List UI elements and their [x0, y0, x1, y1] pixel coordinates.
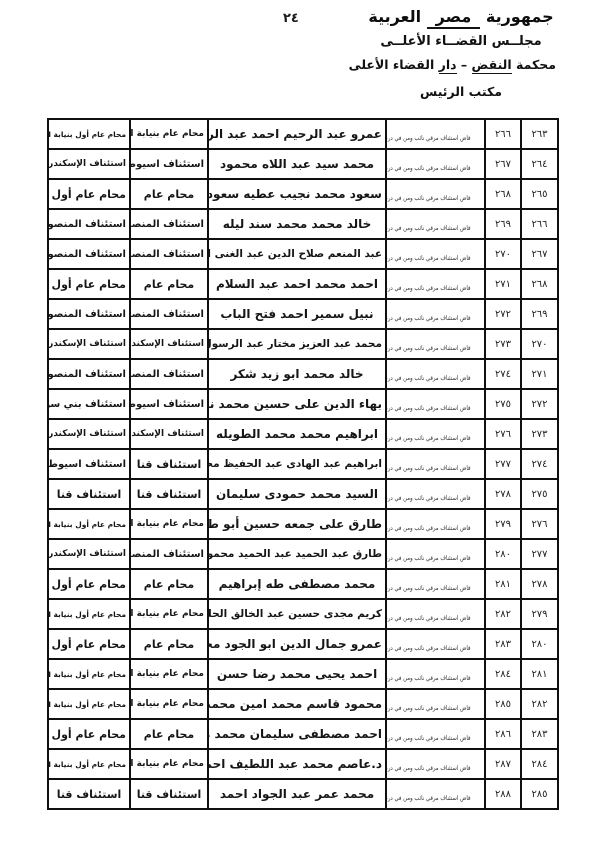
table-row: ٢٦٨ ٢٧١ قاض استئناف مرقي نائب ومن في درج…: [48, 269, 558, 299]
cell-seniority-number: ٢٨٣: [485, 629, 521, 659]
cell-grade-note: قاض استئناف مرقي نائب ومن في درجاتهم: [386, 149, 485, 179]
cell-judge-name: ابراهيم عبد الهادى عبد الحفيظ محمد: [208, 449, 386, 479]
court-title-dash: –: [457, 57, 472, 72]
grade-note-text: قاض استئناف مرقي نائب ومن في درجاتهم: [386, 704, 471, 712]
table-row: ٢٨٢ ٢٨٥ قاض استئناف مرقي نائب ومن في درج…: [48, 689, 558, 719]
state-name-logo: جمهورية مصر العربية: [366, 6, 556, 28]
cell-promoted-position: محام عام أول بنيابة النقض: [48, 599, 130, 629]
cell-seniority-number: ٢٨٥: [485, 689, 521, 719]
cell-seniority-number: ٢٨١: [485, 569, 521, 599]
table-row: ٢٨٥ ٢٨٨ قاض استئناف مرقي نائب ومن في درج…: [48, 779, 558, 809]
cell-grade-note: قاض استئناف مرقي نائب ومن في درجاتهم: [386, 299, 485, 329]
cell-promoted-position: محام عام أول: [48, 179, 130, 209]
table-row: ٢٦٤ ٢٦٧ قاض استئناف مرقي نائب ومن في درج…: [48, 149, 558, 179]
cell-serial-number: ٢٧٢: [521, 389, 558, 419]
cell-current-position: استئناف اسيوط: [130, 149, 208, 179]
cell-seniority-number: ٢٨٠: [485, 539, 521, 569]
cell-grade-note: قاض استئناف مرقي نائب ومن في درجاتهم: [386, 449, 485, 479]
cell-judge-name: محمد سيد عبد اللاه محمود: [208, 149, 386, 179]
cell-grade-note: قاض استئناف مرقي نائب ومن في درجاتهم: [386, 749, 485, 779]
cell-serial-number: ٢٨٠: [521, 629, 558, 659]
cell-current-position: محام عام بنيابة النقض: [130, 509, 208, 539]
cell-serial-number: ٢٨٤: [521, 749, 558, 779]
cell-promoted-position: استئناف الإسكندرية: [48, 149, 130, 179]
cell-judge-name: عمرو جمال الدين ابو الجود محمد: [208, 629, 386, 659]
cell-current-position: محام عام بنيابة النقض: [130, 749, 208, 779]
cell-grade-note: قاض استئناف مرقي نائب ومن في درجاتهم: [386, 119, 485, 149]
cell-promoted-position: استئناف اسيوط: [48, 449, 130, 479]
cell-serial-number: ٢٧٥: [521, 479, 558, 509]
state-name-underlined-part: مصر: [427, 7, 481, 29]
table-row: ٢٧٠ ٢٧٣ قاض استئناف مرقي نائب ومن في درج…: [48, 329, 558, 359]
cell-serial-number: ٢٧٦: [521, 509, 558, 539]
cell-grade-note: قاض استئناف مرقي نائب ومن في درجاتهم: [386, 389, 485, 419]
cell-promoted-position: محام عام أول: [48, 629, 130, 659]
table-row: ٢٧٨ ٢٨١ قاض استئناف مرقي نائب ومن في درج…: [48, 569, 558, 599]
table-row: ٢٨٤ ٢٨٧ قاض استئناف مرقي نائب ومن في درج…: [48, 749, 558, 779]
cell-seniority-number: ٢٨٨: [485, 779, 521, 809]
table-row: ٢٧٢ ٢٧٥ قاض استئناف مرقي نائب ومن في درج…: [48, 389, 558, 419]
table-row: ٢٧٩ ٢٨٢ قاض استئناف مرقي نائب ومن في درج…: [48, 599, 558, 629]
cell-current-position: استئناف المنصورة: [130, 539, 208, 569]
grade-note-text: قاض استئناف مرقي نائب ومن في درجاتهم: [386, 794, 471, 802]
table-row: ٢٨٣ ٢٨٦ قاض استئناف مرقي نائب ومن في درج…: [48, 719, 558, 749]
cell-seniority-number: ٢٧٨: [485, 479, 521, 509]
cell-current-position: محام عام بنيابة النقض: [130, 599, 208, 629]
cell-serial-number: ٢٦٥: [521, 179, 558, 209]
document-header: جمهورية مصر العربية مجلــس القضــاء الأع…: [366, 6, 556, 99]
table-row: ٢٧٦ ٢٧٩ قاض استئناف مرقي نائب ومن في درج…: [48, 509, 558, 539]
cell-current-position: استئناف قنا: [130, 479, 208, 509]
cell-current-position: محام عام بنيابة النقض: [130, 659, 208, 689]
cell-current-position: استئناف قنا: [130, 779, 208, 809]
cell-judge-name: محمد عمر عبد الجواد احمد: [208, 779, 386, 809]
cell-grade-note: قاض استئناف مرقي نائب ومن في درجاتهم: [386, 539, 485, 569]
grade-note-text: قاض استئناف مرقي نائب ومن في درجاتهم: [386, 344, 471, 352]
cell-promoted-position: محام عام أول بنيابة النقض: [48, 659, 130, 689]
grade-note-text: قاض استئناف مرقي نائب ومن في درجاتهم: [386, 494, 471, 502]
cell-judge-name: عمرو عبد الرحيم احمد عبد الرحيم: [208, 119, 386, 149]
cell-serial-number: ٢٨٢: [521, 689, 558, 719]
grade-note-text: قاض استئناف مرقي نائب ومن في درجاتهم: [386, 524, 471, 532]
cell-grade-note: قاض استئناف مرقي نائب ومن في درجاتهم: [386, 239, 485, 269]
cell-seniority-number: ٢٧٣: [485, 329, 521, 359]
grade-note-text: قاض استئناف مرقي نائب ومن في درجاتهم: [386, 374, 471, 382]
cell-grade-note: قاض استئناف مرقي نائب ومن في درجاتهم: [386, 419, 485, 449]
cell-serial-number: ٢٦٧: [521, 239, 558, 269]
cell-judge-name: عبد المنعم صلاح الدين عبد الغنى احمد: [208, 239, 386, 269]
cell-grade-note: قاض استئناف مرقي نائب ومن في درجاتهم: [386, 359, 485, 389]
cell-judge-name: احمد مصطفى سليمان محمد مسلم: [208, 719, 386, 749]
cell-seniority-number: ٢٨٧: [485, 749, 521, 779]
cell-serial-number: ٢٦٩: [521, 299, 558, 329]
cell-current-position: استئناف المنصورة: [130, 239, 208, 269]
cell-current-position: محام عام: [130, 569, 208, 599]
table-row: ٢٦٥ ٢٦٨ قاض استئناف مرقي نائب ومن في درج…: [48, 179, 558, 209]
cell-current-position: محام عام: [130, 179, 208, 209]
cell-current-position: محام عام: [130, 719, 208, 749]
grade-note-text: قاض استئناف مرقي نائب ومن في درجاتهم: [386, 614, 471, 622]
cell-current-position: محام عام: [130, 629, 208, 659]
cell-promoted-position: استئناف الإسكندرية: [48, 329, 130, 359]
cell-current-position: محام عام بنيابة النقض: [130, 689, 208, 719]
table-row: ٢٧٣ ٢٧٦ قاض استئناف مرقي نائب ومن في درج…: [48, 419, 558, 449]
table-row: ٢٨١ ٢٨٤ قاض استئناف مرقي نائب ومن في درج…: [48, 659, 558, 689]
cell-seniority-number: ٢٧٦: [485, 419, 521, 449]
cell-seniority-number: ٢٨٢: [485, 599, 521, 629]
cell-seniority-number: ٢٨٤: [485, 659, 521, 689]
grade-note-text: قاض استئناف مرقي نائب ومن في درجاتهم: [386, 224, 471, 232]
cell-judge-name: طارق على جمعه حسين أبو طالب: [208, 509, 386, 539]
cell-serial-number: ٢٦٦: [521, 209, 558, 239]
cell-seniority-number: ٢٧٥: [485, 389, 521, 419]
cell-serial-number: ٢٧٨: [521, 569, 558, 599]
grade-note-text: قاض استئناف مرقي نائب ومن في درجاتهم: [386, 674, 471, 682]
table-row: ٢٧٧ ٢٨٠ قاض استئناف مرقي نائب ومن في درج…: [48, 539, 558, 569]
scanned-document-page: ٢٤ جمهورية مصر العربية مجلــس القضــاء ا…: [0, 0, 595, 842]
cell-judge-name: بهاء الدين على حسين محمد نصر: [208, 389, 386, 419]
cell-judge-name: محمد مصطفى طه إبراهيم: [208, 569, 386, 599]
cell-promoted-position: استئناف المنصورة: [48, 299, 130, 329]
cell-serial-number: ٢٦٤: [521, 149, 558, 179]
cell-seniority-number: ٢٧٢: [485, 299, 521, 329]
cell-judge-name: ابراهيم محمد محمد الطويله: [208, 419, 386, 449]
cell-serial-number: ٢٨٣: [521, 719, 558, 749]
cell-seniority-number: ٢٦٦: [485, 119, 521, 149]
grade-note-text: قاض استئناف مرقي نائب ومن في درجاتهم: [386, 644, 471, 652]
cell-serial-number: ٢٧٩: [521, 599, 558, 629]
cell-current-position: استئناف المنصورة: [130, 209, 208, 239]
grade-note-text: قاض استئناف مرقي نائب ومن في درجاتهم: [386, 464, 471, 472]
grade-note-text: قاض استئناف مرقي نائب ومن في درجاتهم: [386, 164, 471, 172]
cell-judge-name: كريم مجدى حسين عبد الخالق الحلوانى: [208, 599, 386, 629]
cell-grade-note: قاض استئناف مرقي نائب ومن في درجاتهم: [386, 689, 485, 719]
cell-promoted-position: محام عام أول: [48, 569, 130, 599]
cell-serial-number: ٢٧٤: [521, 449, 558, 479]
cell-serial-number: ٢٨٥: [521, 779, 558, 809]
cell-judge-name: السيد محمد حمودى سليمان: [208, 479, 386, 509]
cell-serial-number: ٢٧١: [521, 359, 558, 389]
cell-serial-number: ٢٦٣: [521, 119, 558, 149]
table-row: ٢٦٦ ٢٦٩ قاض استئناف مرقي نائب ومن في درج…: [48, 209, 558, 239]
cell-promoted-position: استئناف المنصورة: [48, 239, 130, 269]
court-title-part: محكمة: [512, 57, 556, 72]
cell-grade-note: قاض استئناف مرقي نائب ومن في درجاتهم: [386, 599, 485, 629]
cell-current-position: استئناف قنا: [130, 449, 208, 479]
cell-seniority-number: ٢٧١: [485, 269, 521, 299]
cell-judge-name: محمود قاسم محمد امين محمد السيد: [208, 689, 386, 719]
grade-note-text: قاض استئناف مرقي نائب ومن في درجاتهم: [386, 194, 471, 202]
table-row: ٢٦٩ ٢٧٢ قاض استئناف مرقي نائب ومن في درج…: [48, 299, 558, 329]
cell-current-position: استئناف المنصورة: [130, 299, 208, 329]
cell-judge-name: د.عاصم محمد عبد اللطيف احمد: [208, 749, 386, 779]
cell-serial-number: ٢٨١: [521, 659, 558, 689]
cell-serial-number: ٢٧٠: [521, 329, 558, 359]
table-row: ٢٨٠ ٢٨٣ قاض استئناف مرقي نائب ومن في درج…: [48, 629, 558, 659]
cell-grade-note: قاض استئناف مرقي نائب ومن في درجاتهم: [386, 509, 485, 539]
cell-judge-name: محمد عبد العزيز مختار عبد الرسول: [208, 329, 386, 359]
cell-promoted-position: استئناف الإسكندرية: [48, 539, 130, 569]
cell-promoted-position: محام عام أول: [48, 719, 130, 749]
grade-note-text: قاض استئناف مرقي نائب ومن في درجاتهم: [386, 404, 471, 412]
cell-seniority-number: ٢٨٦: [485, 719, 521, 749]
cell-current-position: محام عام بنيابة النقض: [130, 119, 208, 149]
cell-promoted-position: محام عام أول: [48, 269, 130, 299]
cell-current-position: استئناف المنصورة: [130, 359, 208, 389]
cell-judge-name: احمد محمد احمد عبد السلام: [208, 269, 386, 299]
cell-promoted-position: استئناف المنصورة: [48, 209, 130, 239]
table-row: ٢٦٧ ٢٧٠ قاض استئناف مرقي نائب ومن في درج…: [48, 239, 558, 269]
cell-promoted-position: استئناف بني سويف: [48, 389, 130, 419]
cell-grade-note: قاض استئناف مرقي نائب ومن في درجاتهم: [386, 719, 485, 749]
cell-judge-name: خالد محمد ابو زيد شكر: [208, 359, 386, 389]
cell-promoted-position: محام عام أول بنيابة النقض: [48, 509, 130, 539]
cell-promoted-position: محام عام أول بنيابة النقض: [48, 689, 130, 719]
cell-grade-note: قاض استئناف مرقي نائب ومن في درجاتهم: [386, 569, 485, 599]
cell-seniority-number: ٢٧٤: [485, 359, 521, 389]
cell-grade-note: قاض استئناف مرقي نائب ومن في درجاتهم: [386, 659, 485, 689]
table-body: ٢٦٣ ٢٦٦ قاض استئناف مرقي نائب ومن في درج…: [48, 119, 558, 809]
cell-current-position: استئناف الإسكندرية: [130, 419, 208, 449]
cell-promoted-position: استئناف المنصورة: [48, 359, 130, 389]
cell-serial-number: ٢٦٨: [521, 269, 558, 299]
council-title: مجلــس القضــاء الأعلــى: [366, 34, 556, 49]
court-title-underlined-part: النقض: [472, 57, 512, 74]
grade-note-text: قاض استئناف مرقي نائب ومن في درجاتهم: [386, 254, 471, 262]
cell-promoted-position: استئناف الإسكندرية: [48, 419, 130, 449]
cell-judge-name: طارق عبد الحميد عبد الحميد محمود: [208, 539, 386, 569]
cell-serial-number: ٢٧٣: [521, 419, 558, 449]
cell-current-position: استئناف اسيوط: [130, 389, 208, 419]
cell-seniority-number: ٢٧٧: [485, 449, 521, 479]
cell-grade-note: قاض استئناف مرقي نائب ومن في درجاتهم: [386, 779, 485, 809]
cell-judge-name: خالد محمد محمد سند ليله: [208, 209, 386, 239]
table-row: ٢٧٥ ٢٧٨ قاض استئناف مرقي نائب ومن في درج…: [48, 479, 558, 509]
cell-judge-name: نبيل سمير احمد فتح الباب: [208, 299, 386, 329]
cell-seniority-number: ٢٧٩: [485, 509, 521, 539]
grade-note-text: قاض استئناف مرقي نائب ومن في درجاتهم: [386, 434, 471, 442]
cell-judge-name: احمد يحيى محمد رضا حسن: [208, 659, 386, 689]
cell-promoted-position: محام عام أول بنيابة النقض: [48, 749, 130, 779]
cell-promoted-position: استئناف قنا: [48, 779, 130, 809]
court-title-underlined-part: دار: [439, 57, 457, 74]
cell-current-position: استئناف الإسكندرية: [130, 329, 208, 359]
grade-note-text: قاض استئناف مرقي نائب ومن في درجاتهم: [386, 314, 471, 322]
cell-grade-note: قاض استئناف مرقي نائب ومن في درجاتهم: [386, 329, 485, 359]
cell-serial-number: ٢٧٧: [521, 539, 558, 569]
cell-promoted-position: محام عام أول بنيابة النقض: [48, 119, 130, 149]
cell-grade-note: قاض استئناف مرقي نائب ومن في درجاتهم: [386, 209, 485, 239]
office-title: مكتب الرئيس: [366, 84, 556, 99]
cell-grade-note: قاض استئناف مرقي نائب ومن في درجاتهم: [386, 179, 485, 209]
table-row: ٢٧١ ٢٧٤ قاض استئناف مرقي نائب ومن في درج…: [48, 359, 558, 389]
table-row: ٢٦٣ ٢٦٦ قاض استئناف مرقي نائب ومن في درج…: [48, 119, 558, 149]
promotion-roster-table: ٢٦٣ ٢٦٦ قاض استئناف مرقي نائب ومن في درج…: [47, 118, 559, 810]
cell-judge-name: سعود محمد نجيب عطيه سعود: [208, 179, 386, 209]
grade-note-text: قاض استئناف مرقي نائب ومن في درجاتهم: [386, 134, 471, 142]
cell-seniority-number: ٢٦٧: [485, 149, 521, 179]
table-row: ٢٧٤ ٢٧٧ قاض استئناف مرقي نائب ومن في درج…: [48, 449, 558, 479]
court-title: محكمة النقض – دار القضاء الأعلى: [366, 57, 556, 72]
cell-grade-note: قاض استئناف مرقي نائب ومن في درجاتهم: [386, 629, 485, 659]
cell-grade-note: قاض استئناف مرقي نائب ومن في درجاتهم: [386, 479, 485, 509]
page-number: ٢٤: [283, 11, 299, 26]
cell-seniority-number: ٢٧٠: [485, 239, 521, 269]
cell-seniority-number: ٢٦٨: [485, 179, 521, 209]
state-name-part: العربية: [368, 7, 421, 26]
cell-current-position: محام عام: [130, 269, 208, 299]
grade-note-text: قاض استئناف مرقي نائب ومن في درجاتهم: [386, 764, 471, 772]
grade-note-text: قاض استئناف مرقي نائب ومن في درجاتهم: [386, 584, 471, 592]
grade-note-text: قاض استئناف مرقي نائب ومن في درجاتهم: [386, 734, 471, 742]
cell-grade-note: قاض استئناف مرقي نائب ومن في درجاتهم: [386, 269, 485, 299]
state-name-part: جمهورية: [486, 7, 554, 26]
cell-seniority-number: ٢٦٩: [485, 209, 521, 239]
grade-note-text: قاض استئناف مرقي نائب ومن في درجاتهم: [386, 284, 471, 292]
grade-note-text: قاض استئناف مرقي نائب ومن في درجاتهم: [386, 554, 471, 562]
cell-promoted-position: استئناف قنا: [48, 479, 130, 509]
court-title-part: القضاء الأعلى: [349, 57, 439, 72]
